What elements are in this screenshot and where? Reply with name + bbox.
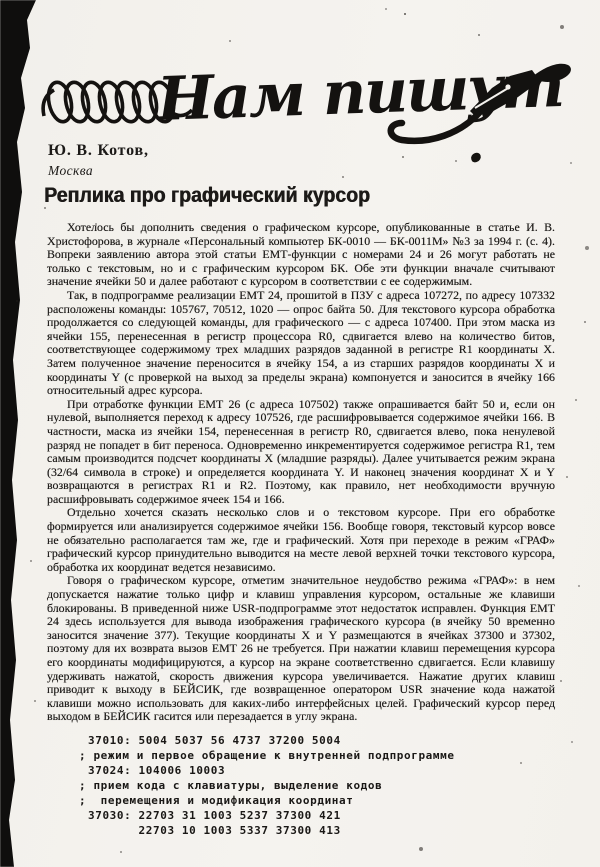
- author-name: Ю. В. Котов,: [48, 142, 149, 160]
- paragraph-1: Хотелось бы дополнить сведения о графиче…: [47, 221, 555, 289]
- scan-gutter-shadow: [0, 0, 40, 867]
- code-line-2: ; режим и первое обращение к внутренней …: [79, 748, 555, 763]
- code-line-7: 22703 10 1003 5337 37300 413: [88, 823, 555, 838]
- code-line-4: ; прием кода с клавиатуры, выделение код…: [79, 778, 555, 793]
- code-line-1: 37010: 5004 5037 56 4737 37200 5004: [88, 733, 555, 748]
- dust-specks: [0, 0, 2, 2]
- article-body: Хотелось бы дополнить сведения о графиче…: [47, 221, 555, 838]
- paragraph-2: Так, в подпрограмме реализации ЕМТ 24, п…: [47, 289, 555, 398]
- code-line-6: 37030: 22703 31 1003 5237 37300 421: [88, 808, 555, 823]
- paragraph-4: Отдельно хочется сказать несколько слов …: [47, 506, 555, 574]
- paragraph-5: Говоря о графическом курсоре, отметим зн…: [47, 574, 555, 724]
- code-listing: 37010: 5004 5037 56 4737 37200 5004 ; ре…: [88, 733, 555, 838]
- code-line-3: 37024: 104006 10003: [88, 763, 555, 778]
- article-title: Реплика про графический курсор: [44, 184, 370, 208]
- paragraph-3: При отработке функции ЕМТ 26 (с адреса 1…: [47, 398, 555, 507]
- code-line-5: ; перемещения и модификация координат: [79, 793, 555, 808]
- author-block: Ю. В. Котов, Москва: [48, 142, 149, 179]
- author-city: Москва: [48, 163, 149, 179]
- magazine-page: Нам пишут Ю. В. Котов, Москва Реплика пр…: [0, 0, 600, 867]
